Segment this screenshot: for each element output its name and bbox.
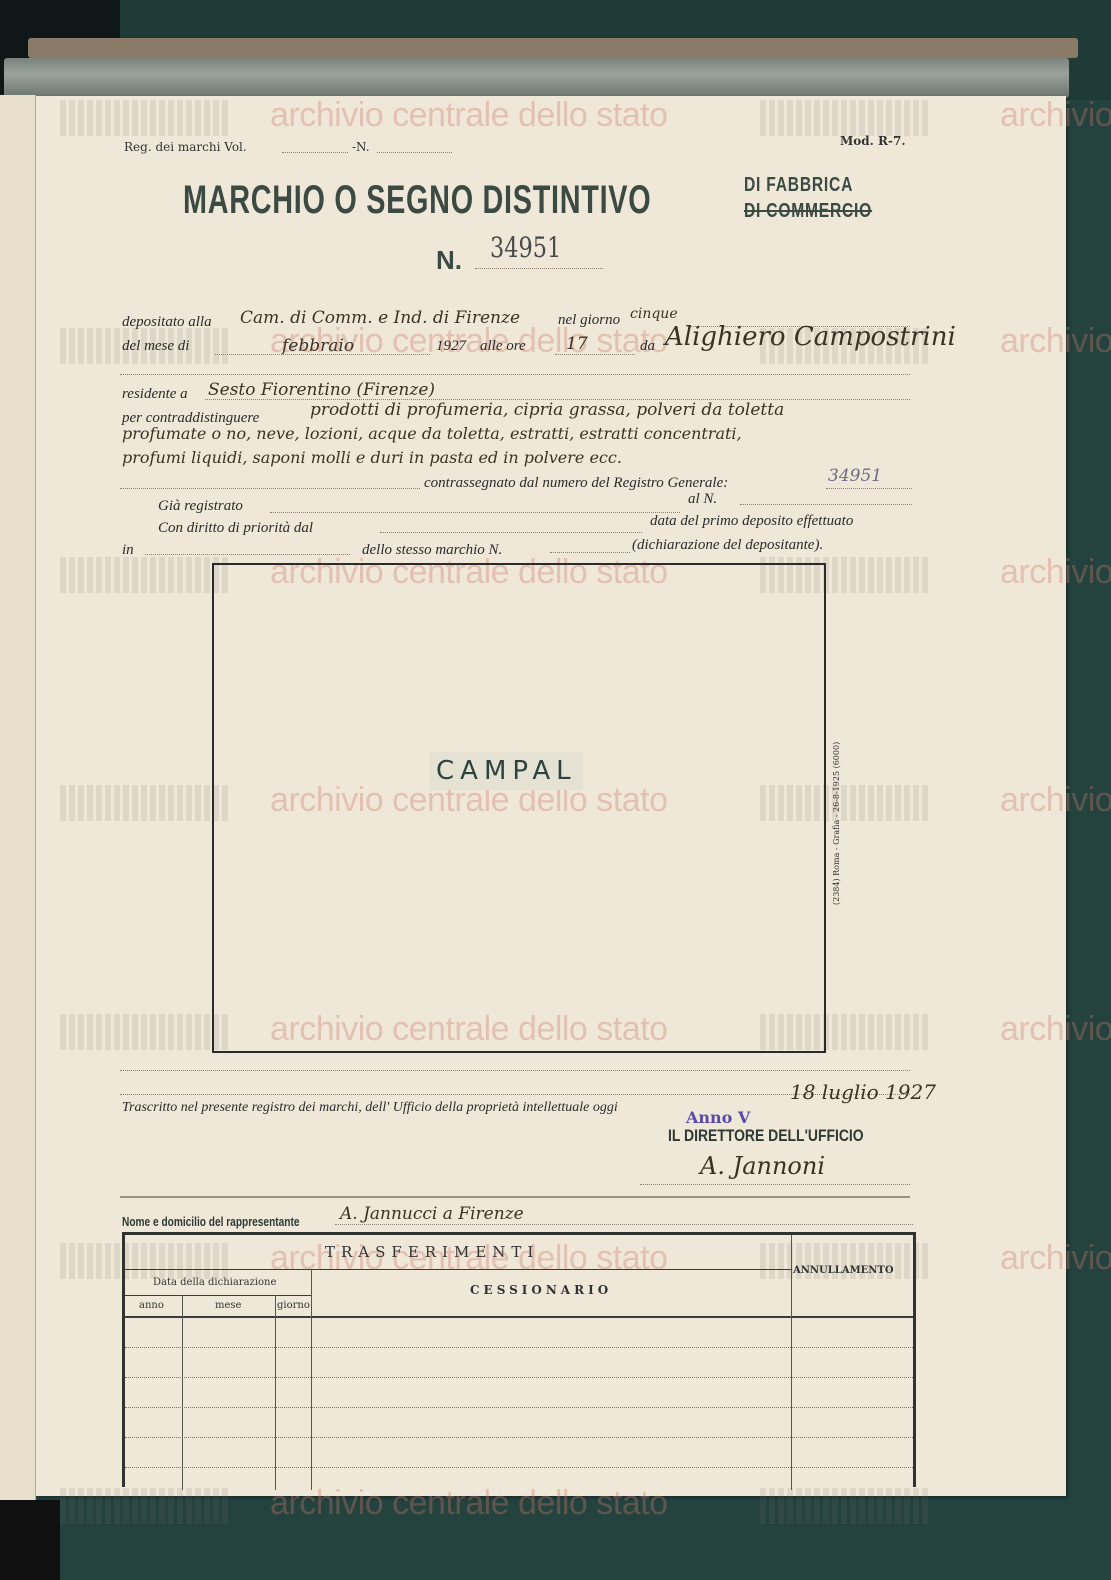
giorno-label: nel giorno (558, 312, 620, 329)
table-rule (125, 1269, 791, 1270)
previous-page-edge (0, 95, 36, 1500)
col-mese: mese (215, 1300, 241, 1311)
table-row (125, 1437, 913, 1438)
gia-registrato-label: Già registrato (158, 498, 243, 515)
table-row (125, 1347, 913, 1348)
representative-label: Nome e domicilio del rappresentante (122, 1214, 299, 1229)
depositor-name: Alighiero Campostrini (665, 322, 956, 352)
signature-line (640, 1184, 910, 1185)
depositato-value: Cam. di Comm. e Ind. di Firenze (240, 308, 520, 328)
representative-value: A. Jannucci a Firenze (340, 1204, 524, 1224)
number-field (475, 268, 603, 269)
mark-number: 34951 (490, 231, 561, 264)
ore-value: 17 (566, 334, 588, 354)
table-divider (311, 1269, 312, 1490)
type-commercio-struck: DI COMMERCIO (744, 200, 872, 223)
giorno-value: cinque (630, 306, 678, 322)
page-stack (4, 58, 1069, 98)
products-line-3: profumi liquidi, saponi molli e duri in … (122, 448, 622, 467)
table-divider (182, 1295, 183, 1490)
representative-field (335, 1224, 913, 1225)
director-signature: A. Jannoni (700, 1152, 825, 1180)
products-line-1: prodotti di profumeria, cipria grassa, p… (310, 400, 784, 420)
printer-note: (2384) Roma - Grafia - 26-8-1925 (6000) (832, 742, 841, 905)
products-line-2: profumate o no, neve, lozioni, acque da … (122, 424, 742, 443)
dichiarazione-label: (dichiarazione del depositante). (632, 537, 823, 554)
gia-registrato-field (270, 512, 680, 513)
mark-specimen-box (212, 563, 826, 1053)
table-rule (125, 1316, 913, 1318)
separator-line (120, 1196, 910, 1198)
col-annullamento: ANNULLAMENTO (793, 1265, 894, 1276)
number-label: N. (436, 245, 462, 276)
date-group-header: Data della dichiarazione (153, 1277, 276, 1288)
director-title: IL DIRETTORE DELL'UFFICIO (668, 1126, 864, 1146)
priorita-label: Con diritto di priorità dal (158, 520, 313, 537)
mese-value: febbraio (282, 336, 354, 356)
residente-label: residente a (122, 386, 188, 403)
vol-field (282, 152, 348, 153)
table-row (125, 1467, 913, 1468)
n-field (377, 152, 452, 153)
type-fabbrica: DI FABBRICA (744, 174, 853, 197)
registro-field (826, 488, 912, 489)
page-title: MARCHIO O SEGNO DISTINTIVO (183, 178, 651, 223)
registro-value: 34951 (828, 466, 882, 486)
col-cessionario: CESSIONARIO (470, 1283, 612, 1297)
blank-line (120, 1070, 910, 1071)
table-row (125, 1377, 913, 1378)
primo-deposito-label: data del primo deposito effettuato (650, 513, 853, 530)
model-code: Mod. R-7. (840, 134, 906, 148)
transcription-date: 18 luglio 1927 (790, 1080, 936, 1104)
stesso-marchio-label: dello stesso marchio N. (362, 542, 502, 559)
priorita-field (380, 532, 642, 533)
residente-value: Sesto Fiorentino (Firenze) (208, 380, 435, 400)
background-shadow-bottom (0, 1500, 60, 1580)
anno-stamp: Anno V (686, 1108, 750, 1127)
blank-line (120, 374, 910, 375)
year: 1927 (436, 338, 466, 355)
col-anno: anno (139, 1300, 164, 1311)
transcription-text: Trascritto nel presente registro dei mar… (122, 1100, 618, 1116)
in-label: in (122, 542, 134, 559)
reg-label: Reg. dei marchi Vol. (124, 140, 247, 154)
mese-label: del mese di (122, 338, 189, 355)
col-giorno: giorno (277, 1300, 310, 1311)
table-divider (275, 1295, 276, 1490)
da-label: da (640, 338, 655, 355)
table-divider (791, 1235, 792, 1490)
registro-label: contrassegnato dal numero del Registro G… (424, 475, 728, 492)
ore-field (555, 354, 635, 355)
blank-line (120, 488, 420, 489)
stesso-marchio-field (550, 552, 630, 553)
ore-label: alle ore (480, 338, 526, 355)
table-rule (125, 1295, 311, 1296)
depositato-label: depositato alla (122, 314, 212, 331)
n-label: -N. (352, 140, 370, 154)
al-n-field (740, 504, 912, 505)
mark-label-campal: CAMPAL (430, 752, 583, 790)
table-row (125, 1407, 913, 1408)
book-spine-edge (28, 38, 1078, 58)
table-title: TRASFERIMENTI (325, 1243, 539, 1261)
mese-field (215, 354, 430, 355)
in-field (145, 554, 350, 555)
transfers-table: TRASFERIMENTI Data della dichiarazione a… (122, 1232, 916, 1487)
al-n-label: al N. (688, 491, 717, 508)
